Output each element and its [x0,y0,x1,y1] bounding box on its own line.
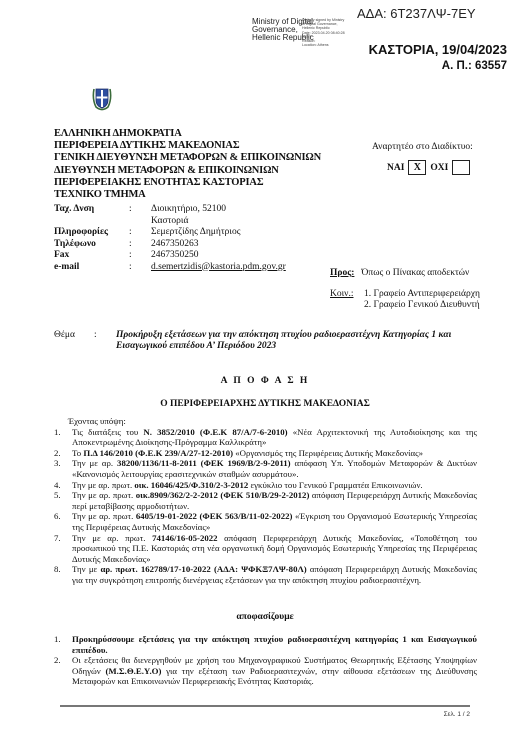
list-item: 1.Προκηρύσσουμε εξετάσεις για την απόκτη… [54,634,477,655]
contact-value: Καστοριά [151,216,188,228]
item-number: 8. [54,564,61,575]
contact-label: Fax [54,250,129,262]
official-title: Ο ΠΕΡΙΦΕΡΕΙΑΡΧΗΣ ΔΥΤΙΚΗΣ ΜΑΚΕΔΟΝΙΑΣ [0,399,530,409]
contact-row-address: Ταχ. Δνση:Διοικητήριο, 52100 [54,204,286,216]
no-checkbox [452,160,470,175]
list-item: 7.Την με αρ. πρωτ. 74146/16-05-2022 απόφ… [54,533,477,565]
considering-section: Έχοντας υπόψη: 1.Τις διατάξεις του Ν. 38… [68,416,477,586]
considering-list: 1.Τις διατάξεις του Ν. 3852/2010 (Φ.Ε.Κ … [54,427,477,586]
contact-label: Πληροφορίες [54,227,129,239]
footer-divider [60,705,470,707]
authority-line: ΠΕΡΙΦΕΡΕΙΑ ΔΥΤΙΚΗΣ ΜΑΚΕΔΟΝΙΑΣ [54,140,321,152]
list-item: 3.Την με αρ. 38200/1136/11-8-2011 (ΦΕΚ 1… [54,458,477,479]
item-number: 6. [54,511,61,522]
contact-row-city: Καστοριά [54,216,286,228]
authority-line: ΠΕΡΙΦΕΡΕΙΑΚΗΣ ΕΝΟΤΗΤΑΣ ΚΑΣΤΟΡΙΑΣ [54,177,321,189]
email-link[interactable]: d.semertzidis@kastoria.pdm.gov.gr [151,262,286,274]
list-item: 1.Τις διατάξεις του Ν. 3852/2010 (Φ.Ε.Κ … [54,427,477,448]
decision-title: Α Π Ο Φ Α Σ Η [0,376,530,386]
contact-label: e-mail [54,262,129,274]
contact-value: 2467350250 [151,250,199,262]
subject-text: Προκήρυξη εξετάσεων για την απόκτηση πτυ… [116,330,496,352]
no-label: ΟΧΙ [430,163,448,173]
subject-label: Θέμα [54,330,94,352]
item-number: 3. [54,458,61,469]
subject: Θέμα : Προκήρυξη εξετάσεων για την απόκτ… [54,330,496,352]
cc-item: 2. Γραφείο Γενικού Διευθυντή [364,300,480,312]
yes-label: ΝΑΙ [387,163,404,173]
decide-label: αποφασίζουμε [0,612,530,622]
item-number: 5. [54,490,61,501]
list-item: 5.Την με αρ. πρωτ. οικ.8909/362/2-2-2012… [54,490,477,511]
signature-metadata: Digitally signed by Ministry of Digital … [302,18,357,47]
contact-row-phone: Τηλέφωνο:2467350263 [54,239,286,251]
list-item: 4.Την με αρ. πρωτ. οικ. 16046/425/Φ.310/… [54,480,477,491]
authority-line: ΓΕΝΙΚΗ ΔΙΕΥΘΥΝΣΗ ΜΕΤΑΦΟΡΩΝ & ΕΠΙΚΟΙΝΩΝΙΩ… [54,152,321,164]
authority-line: ΤΕΧΝΙΚΟ ΤΜΗΜΑ [54,189,321,201]
contact-label: Ταχ. Δνση [54,204,129,216]
contact-value: 2467350263 [151,239,199,251]
posted-online-choice: ΝΑΙ X ΟΧΙ [387,160,470,175]
decisions-section: 1.Προκηρύσσουμε εξετάσεις για την απόκτη… [54,634,477,687]
contact-row-email: e-mail:d.semertzidis@kastoria.pdm.gov.gr [54,262,286,274]
contact-value: Διοικητήριο, 52100 [151,204,226,216]
decisions-list: 1.Προκηρύσσουμε εξετάσεις για την απόκτη… [54,634,477,687]
contact-value: Σεμερτζίδης Δημήτριος [151,227,240,239]
authority-line: ΕΛΛΗΝΙΚΗ ΔΗΜΟΚΡΑΤΙΑ [54,128,321,140]
ada-code: ΑΔΑ: 6Τ237ΛΨ-7ΕΥ [357,6,476,21]
posted-online-label: Αναρτητέο στο Διαδίκτυο: [372,142,473,152]
signature-meta-line: Location: Athens [302,43,357,47]
item-number: 1. [54,634,61,645]
item-number: 2. [54,448,61,459]
recipients: Προς: Όπως ο Πίνακας αποδεκτών Κοιν.: 1.… [330,268,480,312]
list-item: 2.Το Π.Δ 146/2010 (Φ.Ε.Κ 239/Α/27-12-201… [54,448,477,459]
considering-intro: Έχοντας υπόψη: [68,416,477,427]
contact-row-info: Πληροφορίες:Σεμερτζίδης Δημήτριος [54,227,286,239]
page-number: Σελ. 1 / 2 [444,711,470,718]
protocol-number: Α. Π.: 63557 [442,60,507,72]
cc-item: 1. Γραφείο Αντιπεριφερειάρχη [364,289,480,301]
list-item: 6.Την με αρ. πρωτ. 6405/19-01-2022 (ΦΕΚ … [54,511,477,532]
item-number: 2. [54,655,61,666]
recipients-cc: Κοιν.: 1. Γραφείο Αντιπεριφερειάρχη 2. Γ… [330,289,480,312]
to-label: Προς: [330,268,354,278]
contact-label: Τηλέφωνο [54,239,129,251]
contact-label [54,216,129,228]
city-date: ΚΑΣΤΟΡΙΑ, 19/04/2023 [369,42,507,57]
cc-label: Κοιν.: [330,289,364,312]
list-item: 2.Οι εξετάσεις θα διενεργηθούν με χρήση … [54,655,477,687]
issuing-authority: ΕΛΛΗΝΙΚΗ ΔΗΜΟΚΡΑΤΙΑ ΠΕΡΙΦΕΡΕΙΑ ΔΥΤΙΚΗΣ Μ… [54,128,321,201]
recipients-to: Προς: Όπως ο Πίνακας αποδεκτών [330,268,480,280]
list-item: 8.Την με αρ. πρωτ. 162789/17-10-2022 (ΑΔ… [54,564,477,585]
yes-checkbox: X [408,160,426,175]
item-number: 7. [54,533,61,544]
item-number: 1. [54,427,61,438]
contact-details: Ταχ. Δνση:Διοικητήριο, 52100 Καστοριά Πλ… [54,204,286,273]
authority-line: ΔΙΕΥΘΥΝΣΗ ΜΕΤΑΦΟΡΩΝ & ΕΠΙΚΟΙΝΩΝΙΩΝ [54,165,321,177]
contact-row-fax: Fax:2467350250 [54,250,286,262]
greek-coat-of-arms-icon [90,85,114,113]
item-number: 4. [54,480,61,491]
to-value: Όπως ο Πίνακας αποδεκτών [362,268,470,278]
